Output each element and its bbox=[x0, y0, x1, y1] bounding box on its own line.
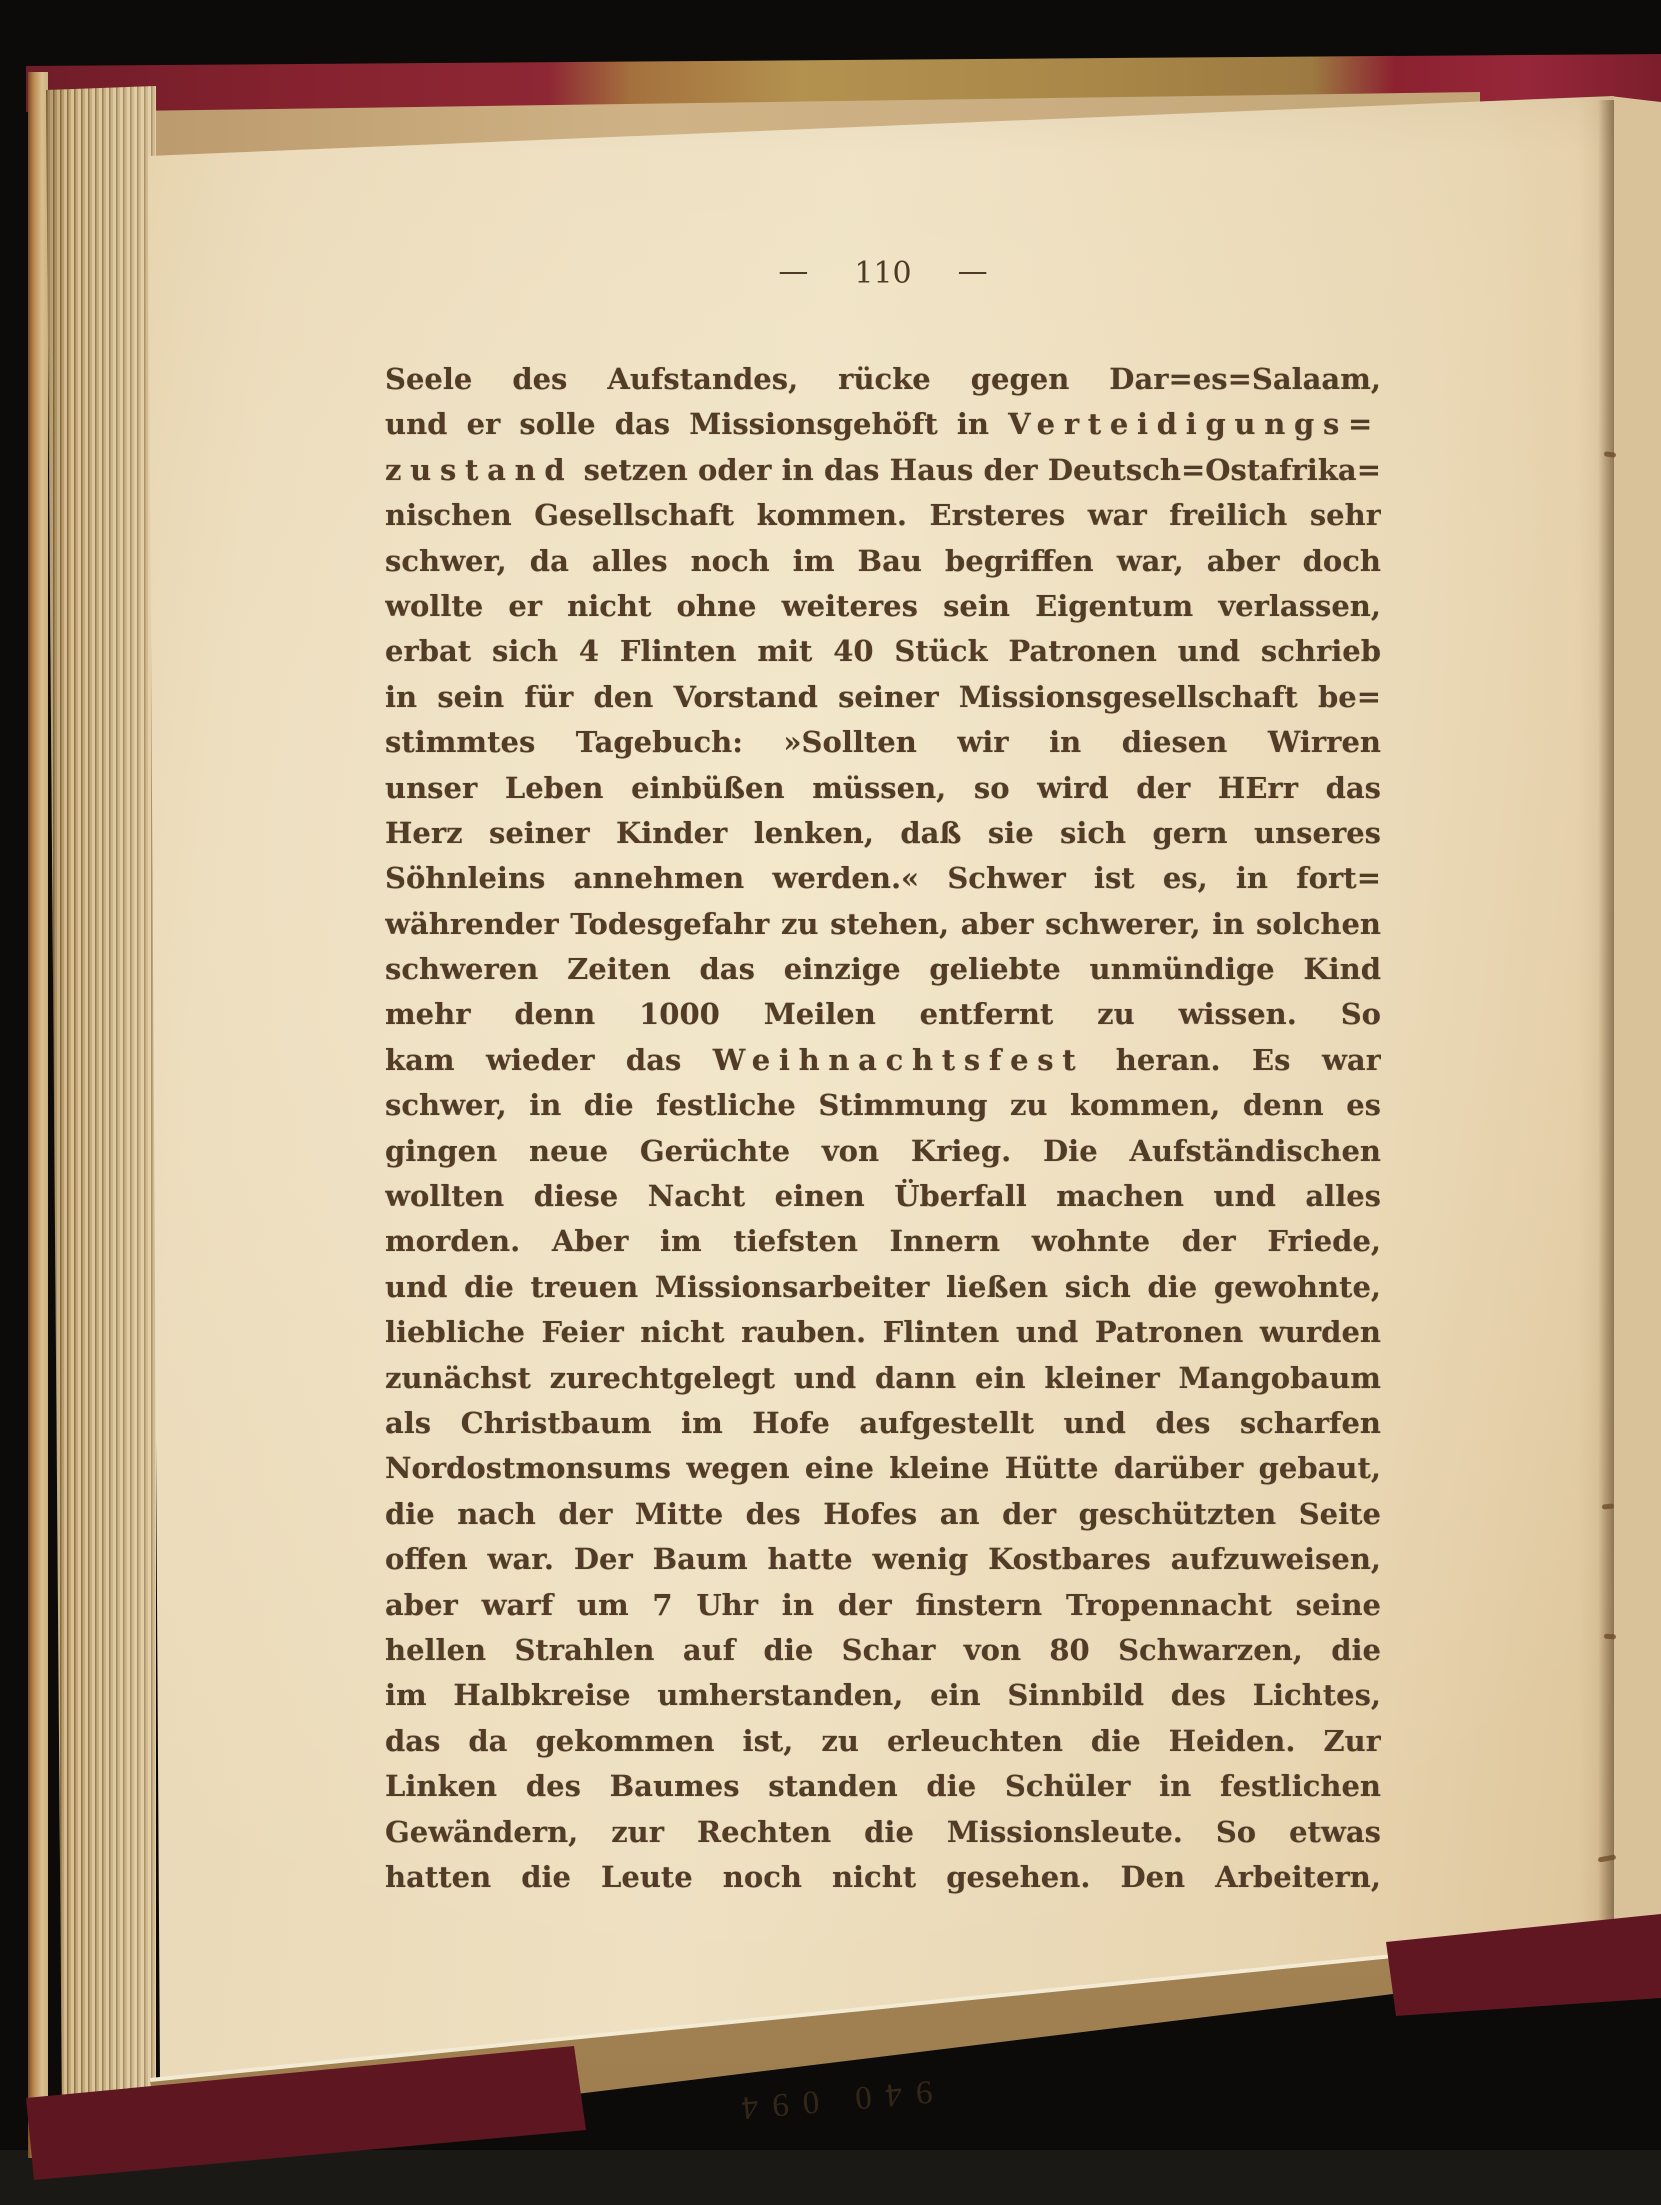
text-block: — 110 — Seele des Aufstandes, rücke gege… bbox=[385, 256, 1381, 1900]
text-line: hatten die Leute noch nicht gesehen. Den… bbox=[385, 1855, 1381, 1900]
book-cover-left-edge bbox=[28, 72, 48, 2158]
scanned-book-page-photo: 940 094 — 110 — Seele des Aufstandes, rü… bbox=[0, 0, 1661, 2205]
text-line: unser Leben einbüßen müssen, so wird der… bbox=[385, 766, 1381, 811]
text-line: hellen Strahlen auf die Schar von 80 Sch… bbox=[385, 1628, 1381, 1673]
text-line: offen war. Der Baum hatte wenig Kostbare… bbox=[385, 1537, 1381, 1582]
letterspaced-emphasis: zustand bbox=[385, 453, 573, 487]
text-line: liebliche Feier nicht rauben. Flinten un… bbox=[385, 1310, 1381, 1355]
text-line: Gewändern, zur Rechten die Missionsleute… bbox=[385, 1810, 1381, 1855]
binding-stitch bbox=[1604, 1634, 1616, 1640]
gutter-crease bbox=[1598, 100, 1614, 1936]
header-dash-left: — bbox=[778, 254, 808, 289]
text-line: Herz seiner Kinder lenken, daß sie sich … bbox=[385, 811, 1381, 856]
text-line: das da gekommen ist, zu erleuchten die H… bbox=[385, 1719, 1381, 1764]
text-line: im Halbkreise umherstanden, ein Sinnbild… bbox=[385, 1673, 1381, 1718]
text-line: in sein für den Vorstand seiner Missions… bbox=[385, 675, 1381, 720]
text-line: und er solle das Missionsgehöft in Verte… bbox=[385, 402, 1381, 447]
text-line: aber warf um 7 Uhr in der finstern Trope… bbox=[385, 1583, 1381, 1628]
text-line: stimmtes Tagebuch: »Sollten wir in diese… bbox=[385, 720, 1381, 765]
page-foreedge-stack bbox=[46, 86, 156, 2118]
text-line: schweren Zeiten das einzige geliebte unm… bbox=[385, 947, 1381, 992]
text-line: währender Todesgefahr zu stehen, aber sc… bbox=[385, 902, 1381, 947]
text-line: kam wieder das Weihnachtsfest heran. Es … bbox=[385, 1038, 1381, 1083]
text-line: Nordostmonsums wegen eine kleine Hütte d… bbox=[385, 1446, 1381, 1491]
text-line: zunächst zurechtgelegt und dann ein klei… bbox=[385, 1356, 1381, 1401]
text-line: erbat sich 4 Flinten mit 40 Stück Patron… bbox=[385, 629, 1381, 674]
text-line: zustand setzen oder in das Haus der Deut… bbox=[385, 448, 1381, 493]
text-line: und die treuen Missionsarbeiter ließen s… bbox=[385, 1265, 1381, 1310]
letterspaced-emphasis: Verteidigungs= bbox=[1008, 407, 1381, 441]
text-line: Söhnleins annehmen werden.« Schwer ist e… bbox=[385, 856, 1381, 901]
text-line: wollten diese Nacht einen Überfall mache… bbox=[385, 1174, 1381, 1219]
header-dash-right: — bbox=[958, 254, 988, 289]
text-line: als Christbaum im Hofe aufgestellt und d… bbox=[385, 1401, 1381, 1446]
text-line: schwer, da alles noch im Bau begriffen w… bbox=[385, 539, 1381, 584]
text-line: nischen Gesellschaft kommen. Ersteres wa… bbox=[385, 493, 1381, 538]
text-line: die nach der Mitte des Hofes an der gesc… bbox=[385, 1492, 1381, 1537]
text-line: wollte er nicht ohne weiteres sein Eigen… bbox=[385, 584, 1381, 629]
text-line: gingen neue Gerüchte von Krieg. Die Aufs… bbox=[385, 1129, 1381, 1174]
letterspaced-emphasis: Weihnachtsfest bbox=[713, 1043, 1085, 1077]
page-number: 110 bbox=[854, 256, 911, 291]
text-line: schwer, in die festliche Stimmung zu kom… bbox=[385, 1083, 1381, 1128]
text-line: Linken des Baumes standen die Schüler in… bbox=[385, 1764, 1381, 1809]
page-header: — 110 — bbox=[385, 256, 1381, 291]
text-lines: Seele des Aufstandes, rücke gegen Dar=es… bbox=[385, 357, 1381, 1900]
text-line: Seele des Aufstandes, rücke gegen Dar=es… bbox=[385, 357, 1381, 402]
text-line: mehr denn 1000 Meilen entfernt zu wissen… bbox=[385, 992, 1381, 1037]
text-line: morden. Aber im tiefsten Innern wohnte d… bbox=[385, 1219, 1381, 1264]
